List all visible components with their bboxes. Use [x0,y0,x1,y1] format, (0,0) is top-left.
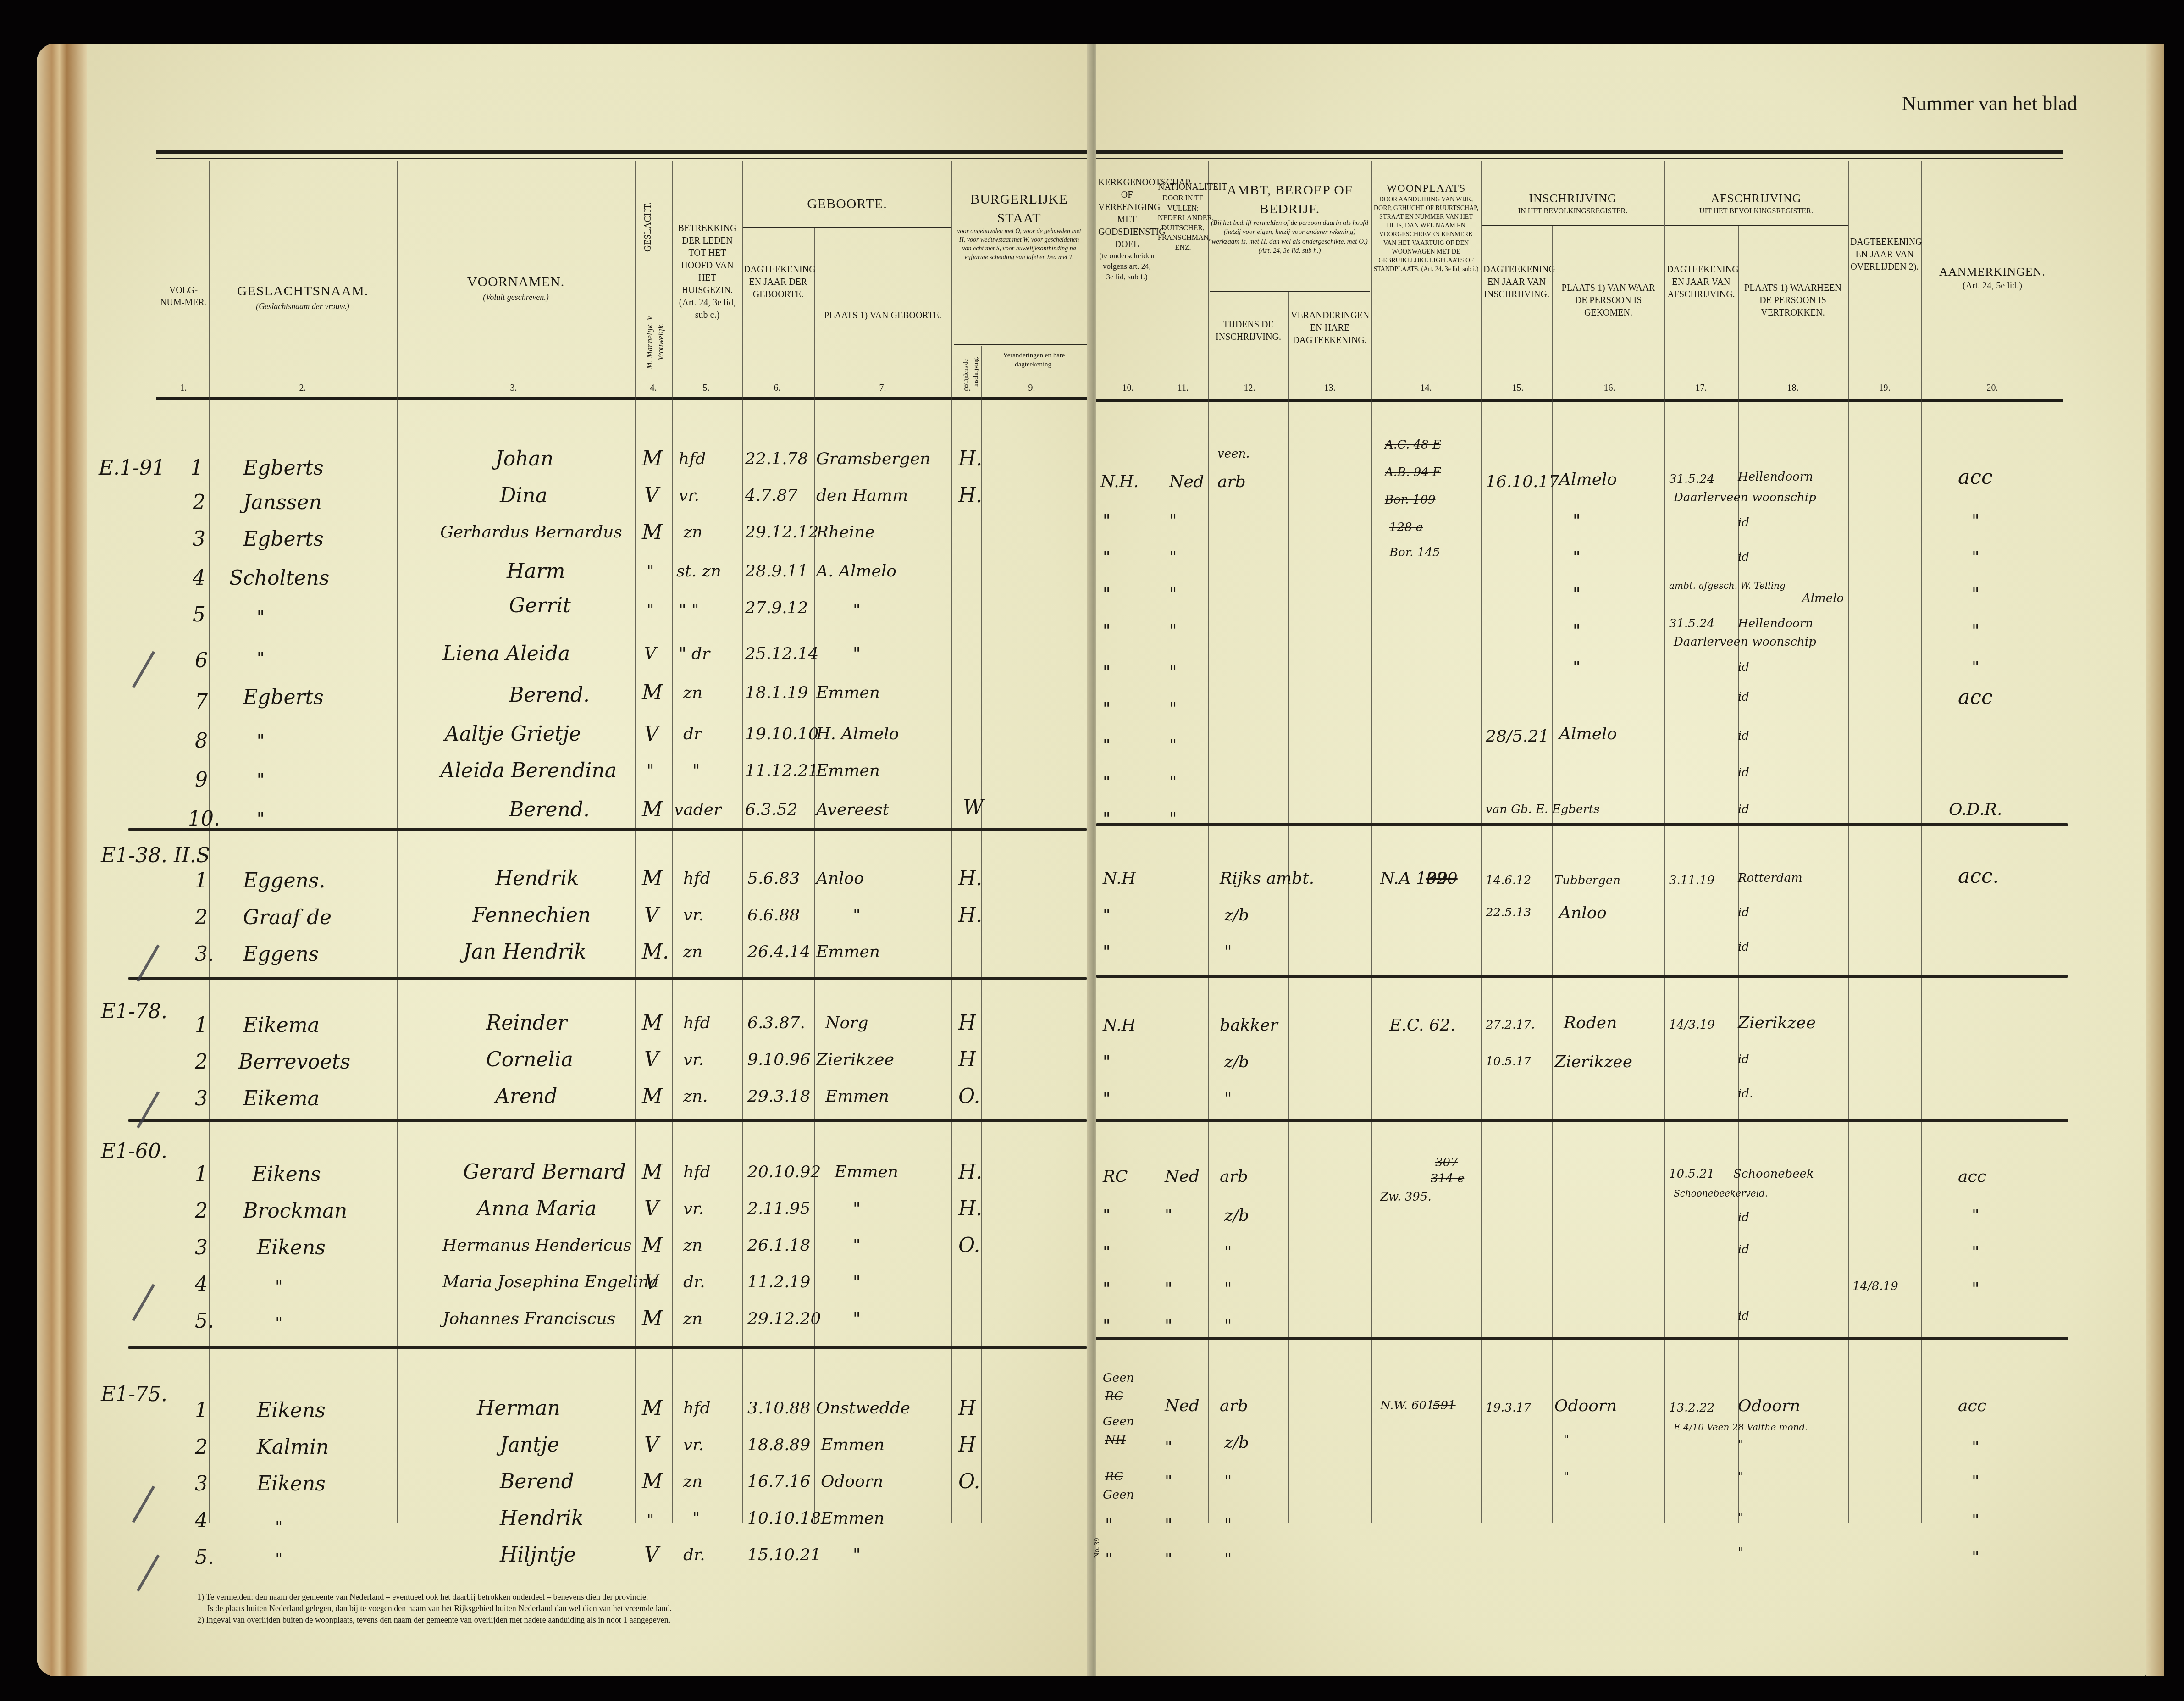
moved-to: " [1738,1438,1743,1452]
relation: vr. [683,906,704,925]
birth-date: 26.1.18 [747,1236,810,1255]
occupation: z/b [1224,1053,1249,1071]
birthplace: " [853,644,861,663]
row-number: 10. [188,807,220,831]
pencil-tick-mark [137,1555,160,1592]
remarks: " [1972,1438,1979,1457]
relation: vader [674,800,721,819]
moved-to: id [1738,906,1749,920]
colnum-5: 5. [697,383,715,393]
birthplace: Emmen [825,1087,889,1106]
sex: M [642,867,663,890]
nationality: " [1165,1316,1172,1335]
right-page: Nummer van het blad KERKGENOOTSCHAP OF V… [1096,44,2155,1676]
colnum-9: 9. [1023,383,1041,393]
birth-date: 27.9.12 [745,598,808,617]
household-separator [128,1346,1087,1349]
relation: zn [683,523,702,542]
moved-to: Schoonebeek [1733,1167,1814,1181]
sex: M. [642,940,669,964]
birth-date: 3.10.88 [747,1399,810,1418]
given-names: Hendrik [500,1507,584,1530]
came-from: " [1564,1470,1569,1484]
church: " [1103,548,1111,567]
civil-status: H. [958,1197,982,1220]
church: Geen [1103,1488,1134,1502]
nationality: " [1169,773,1177,792]
came-from: Roden [1564,1014,1617,1032]
church: Geen [1103,1415,1134,1429]
registration-date: 22.5.13 [1486,906,1531,920]
header-geboorteplaats: PLAATS 1) VAN GEBOORTE. [816,310,949,322]
moved-to-detail: Daarlerveen woonschip [1674,491,1816,504]
relation: zn [683,1472,702,1491]
birth-date: 29.12.20 [747,1309,821,1328]
birth-date: 26.4.14 [747,942,810,961]
remarks: " [1972,548,1979,567]
relation: " dr [679,644,710,663]
moved-to: Zierikzee [1738,1014,1816,1032]
church: " [1103,511,1111,530]
moved-to: id [1738,803,1749,816]
moved-to: Almelo [1802,592,1844,605]
moved-to-detail: Daarlerveen woonschip [1674,635,1816,649]
remarks: " [1972,1511,1979,1530]
birth-date: 15.10.21 [747,1546,821,1564]
sex: V [644,1197,659,1220]
nationality: " [1165,1550,1172,1569]
nationality: Ned [1165,1167,1200,1186]
residence: Bor. 145 [1389,546,1440,560]
pencil-tick-mark [132,651,155,688]
registration-date: 28/5.21 [1486,727,1549,746]
pencil-tick-mark [132,1284,155,1321]
moved-to: Rotterdam [1738,871,1802,885]
birthplace: " [853,601,861,620]
household-separator [128,828,1087,831]
occupation: " [1224,942,1232,961]
moved-to: id [1738,1309,1749,1323]
header-afschrijving-group: AFSCHRIJVING UIT HET BEVOLKINGSREGISTER. [1667,190,1846,216]
occupation: bakker [1220,1016,1278,1035]
birthplace: Anloo [816,869,864,888]
col-divider [1552,225,1553,1523]
remarks: " [1972,621,1979,640]
sex: M [642,447,663,471]
header-overlijden: DAGTEEKENING EN JAAR VAN OVERLIJDEN 2). [1850,236,1919,273]
registration-date: 16.10.17 [1486,472,1559,491]
page-edges [2146,44,2164,1676]
col-divider [1664,161,1665,1523]
row-number: 3. [195,942,214,966]
birthplace: " [853,1273,861,1291]
sex: M [642,1396,663,1420]
civil-status: O. [958,1234,980,1257]
civil-status: O. [958,1085,980,1108]
deregistration-date: 31.5.24 [1669,472,1714,486]
row-number: 3 [195,1472,208,1496]
row-number: 1 [195,1014,208,1037]
header-inschrijving-plaats: PLAATS 1) VAN WAAR DE PERSOON IS GEKOMEN… [1554,282,1662,319]
header-voornamen: VOORNAMEN. (Voluit geschreven.) [399,273,633,303]
given-names: Hiljntje [500,1543,576,1567]
sex: M [642,1085,663,1108]
church: " [1103,773,1111,792]
residence-struck: A.B. 94 F [1385,465,1441,479]
colnum-16: 16. [1598,383,1621,393]
moved-to: id [1738,1211,1749,1224]
surname: " [257,809,265,828]
margin-number: No. 39 [1092,1529,1102,1566]
row-number: 2 [195,1050,208,1074]
given-names: Fennechien [472,903,591,927]
given-names: Maria Josephina Engelina [442,1273,658,1291]
colnum-4: 4. [644,383,663,393]
surname: Kalmin [257,1435,329,1459]
relation: hfd [683,1399,711,1418]
church: " [1103,942,1111,961]
group-rule [1665,225,1848,226]
remarks: " [1972,585,1979,604]
top-rule [156,150,1087,154]
household-separator [1096,1337,2068,1340]
birthplace: Odoorn [821,1472,883,1491]
given-names: Gerrit [509,594,571,617]
residence: N.W. 601. [1380,1399,1438,1413]
deregistration-date: 13.2.22 [1669,1401,1714,1415]
pencil-tick-mark [132,1486,155,1523]
top-rule-thin [156,158,1087,159]
nationality: " [1169,663,1177,682]
birth-date: 16.7.16 [747,1472,810,1491]
birth-date: 19.10.10 [745,725,818,743]
household-ref: E.1-91 [99,456,165,480]
row-number: 3 [195,1236,208,1259]
came-from: " [1573,511,1581,530]
col-divider [635,161,636,1523]
church: N.H [1103,869,1136,888]
church: " [1103,809,1111,828]
remarks: " [1972,658,1979,677]
header-veranderingen-beroep: VERANDERINGEN EN HARE DAGTEEKENING. [1291,310,1369,347]
remarks: " [1972,1472,1979,1491]
church: N.H. [1100,472,1139,491]
birth-date: 9.10.96 [747,1050,810,1069]
church: " [1103,663,1111,682]
sex: M [642,1160,663,1184]
row-number: 7 [195,690,208,714]
header-volgnummer: VOLG-NUM-MER. [158,284,209,309]
open-register-book: VOLG-NUM-MER. GESLACHTSNAAM. (Geslachtsn… [37,44,2146,1676]
birth-date: 25.12.14 [745,644,818,663]
sex: V [644,644,656,663]
surname: Brockman [243,1199,347,1223]
birth-date: 6.6.88 [747,906,800,925]
colnum-14: 14. [1415,383,1438,393]
sex: " [647,761,654,780]
row-number: 1 [195,869,208,892]
registration-date: 10.5.17 [1486,1055,1531,1069]
sex: V [644,1048,659,1071]
surname: " [275,1277,283,1296]
moved-to: id. [1738,1087,1753,1101]
group-rule [1210,291,1370,292]
colnum-1: 1. [174,383,193,393]
residence-struck: Bor. 109 [1385,493,1436,507]
birthplace: Emmen [816,683,880,702]
colnum-6: 6. [768,383,786,393]
church: Geen [1103,1371,1134,1385]
sex: M [642,521,663,544]
church: " [1103,1316,1111,1335]
came-from: Almelo [1559,470,1617,489]
given-names: Berend [500,1470,574,1493]
relation: hfd [683,1163,711,1181]
church: " [1103,621,1111,640]
birth-date: 2.11.95 [747,1199,810,1218]
relation: " [692,761,700,780]
moved-to: Odoorn [1738,1396,1800,1415]
moved-to: id [1738,729,1749,743]
header-veranderingen: Veranderingen en hare dagteekening. [984,351,1084,370]
relation: hfd [679,449,706,468]
registration-date: 19.3.17 [1486,1401,1531,1415]
relation: zn [683,1309,702,1328]
header-inschrijving-datum: DAGTEEKENING EN JAAR VAN INSCHRIJVING. [1483,264,1550,301]
deregistration-date: 3.11.19 [1669,874,1714,887]
given-names: Johannes Franciscus [442,1309,615,1328]
birthplace: Emmen [821,1509,885,1528]
remarks: O.D.R. [1949,800,2002,819]
col-divider [1371,161,1372,1523]
given-names: Jan Hendrik [463,940,586,964]
moved-to: " [1738,1470,1743,1484]
header-betrekking: BETREKKING DER LEDEN TOT HET HOOFD VAN H… [674,222,741,321]
birth-date: 6.3.87. [747,1014,805,1032]
header-bottom-rule [1096,399,2063,402]
relation: zn [683,1236,702,1255]
row-number: 4 [195,1509,208,1532]
residence: Zw. 395. [1380,1190,1432,1204]
deregistration-date: 10.5.21 [1669,1167,1714,1181]
remarks: acc [1958,1396,1986,1415]
birth-date: 10.10.18 [747,1509,821,1528]
birthplace: den Hamm [816,486,908,505]
group-rule [1482,225,1664,226]
colnum-15: 15. [1506,383,1529,393]
civil-status: H. [958,484,982,507]
sex: " [647,562,654,581]
col-divider [742,161,743,1523]
colnum-2: 2. [293,383,312,393]
col-divider [397,161,398,1523]
colnum-20: 20. [1981,383,2004,393]
given-names: Hermanus Hendericus [442,1236,632,1255]
remarks: " [1972,1206,1979,1225]
household-ref: E1-38. II.S [101,844,210,867]
given-names: Liena Aleida [442,642,570,665]
birthplace: Onstwedde [816,1399,910,1418]
header-geboortedatum: DAGTEEKENING EN JAAR DER GEBOORTE. [744,264,813,301]
household-separator [128,977,1087,980]
given-names: Gerard Bernard [463,1160,626,1184]
surname: " [257,731,265,750]
row-number: 2 [193,491,205,514]
residence-struck: 314 e [1431,1172,1464,1186]
header-afschrijving-plaats: PLAATS 1) WAARHEEN DE PERSOON IS VERTROK… [1740,282,1846,319]
nationality: " [1165,1206,1172,1225]
top-rule-thin [1096,158,2063,159]
relation: zn [683,683,702,702]
footnote-1: 1) Te vermelden: den naam der gemeente v… [197,1591,672,1603]
residence-struck: 591 [1433,1399,1456,1413]
row-number: 8 [195,729,208,753]
given-names: Dina [500,484,547,507]
birth-date: 11.2.19 [747,1273,810,1291]
moved-to-detail: Schoonebeekerveld. [1674,1188,1768,1199]
deregistration-date: ambt. afgesch. W. Telling [1669,580,1786,591]
relation: hfd [683,869,711,888]
header-geslacht: GESLACHT. [642,181,654,273]
moved-to: id [1738,1243,1749,1257]
given-names: Arend [495,1085,557,1108]
sex: " [647,1511,654,1530]
birth-date: 18.1.19 [745,683,808,702]
relation: dr [683,725,702,743]
birthplace: " [853,1199,861,1218]
sex: M [642,681,663,704]
relation: vr. [683,1435,704,1454]
came-from: " [1573,585,1581,604]
header-tijdens-inschrijving: TIJDENS DE INSCHRIJVING. [1211,319,1286,344]
occupation: " [1224,1316,1232,1335]
moved-to: id [1738,1053,1749,1066]
colnum-18: 18. [1781,383,1804,393]
sex: M [642,1011,663,1035]
header-geboorte-group: GEBOORTE. [745,195,949,214]
residence-struck: A.C. 48 E [1385,438,1441,452]
relation: zn. [683,1087,708,1106]
given-names: Johan [495,447,553,471]
occupation: z/b [1224,1206,1249,1225]
nationality: " [1165,1516,1172,1535]
row-number: 5. [195,1309,214,1333]
moved-to: Hellendoorn [1738,470,1813,484]
pencil-tick-mark [137,1092,160,1129]
birthplace: Rheine [816,523,875,542]
household-separator [1096,1119,2068,1122]
remarks: " [1972,511,1979,530]
household-separator [1096,975,2068,978]
surname: Egberts [243,527,324,551]
birthplace: Emmen [835,1163,898,1181]
occupation: arb [1220,1167,1248,1186]
col-divider [1156,161,1156,1523]
residence-struck: 307 [1435,1156,1458,1169]
given-names: Hendrik [495,867,579,890]
church-struck: NH [1105,1433,1126,1447]
remarks: " [1972,1548,1979,1567]
civil-status: H. [958,867,982,890]
relation: vr. [679,486,699,505]
surname: Eikens [252,1163,321,1186]
moved-to: id [1738,550,1749,564]
group-rule [954,344,1087,345]
came-from: " [1573,621,1581,640]
birth-date: 18.8.89 [747,1435,810,1454]
colnum-17: 17. [1690,383,1713,393]
remarks: acc [1958,465,1993,489]
relation: vr. [683,1050,704,1069]
colnum-10: 10. [1117,383,1139,393]
relation: zn [683,942,702,961]
civil-status: H [958,1396,976,1420]
nationality: " [1165,1280,1172,1298]
row-number: 4 [193,566,205,590]
birth-date: 29.3.18 [747,1087,810,1106]
row-number: 3 [195,1087,208,1110]
surname: Eikens [257,1236,326,1259]
given-names: Harm [507,560,565,583]
colnum-3: 3. [504,383,523,393]
came-from: " [1573,658,1581,677]
birthplace: " [853,1546,861,1564]
remarks: acc [1958,686,1993,709]
birthplace: " [853,1236,861,1255]
church: " [1105,1516,1113,1535]
row-number: 4 [195,1273,208,1296]
footnote-2: 2) Ingeval van overlijden buiten de woon… [197,1614,672,1626]
surname: Eikens [257,1399,326,1422]
registration-date: 14.6.12 [1486,874,1531,887]
pencil-tick-mark [137,945,160,982]
household-separator [1096,823,2068,826]
surname: " [257,608,265,626]
relation: " [692,1509,700,1528]
moved-to-detail: E 4/10 Veen 28 Valthe mond. [1674,1422,1808,1433]
occupation: " [1224,1243,1232,1262]
colnum-13: 13. [1318,383,1341,393]
sex: " [647,601,654,620]
colnum-19: 19. [1873,383,1896,393]
birthplace: " [853,1309,861,1328]
church: " [1103,1206,1111,1225]
row-number: 1 [195,1163,208,1186]
moved-to: " [1738,1546,1743,1559]
sex: V [644,1433,659,1457]
came-from: Odoorn [1554,1396,1617,1415]
came-from: " [1573,548,1581,567]
relation: st. zn [676,562,721,581]
church: N.H [1103,1016,1136,1035]
given-names: Aleida Berendina [440,759,617,782]
deregistration-date: 31.5.24 [1669,617,1714,631]
remarks: acc [1958,1167,1986,1186]
remarks: " [1972,1243,1979,1262]
col-divider [1848,161,1849,1523]
row-number: 5. [195,1546,214,1569]
relation: dr. [683,1546,705,1564]
given-names: Reinder [486,1011,567,1035]
residence: E.C. 62. [1389,1016,1455,1035]
moved-to: id [1738,516,1749,530]
birthplace: Emmen [821,1435,885,1454]
left-page: VOLG-NUM-MER. GESLACHTSNAAM. (Geslachtsn… [37,44,1091,1676]
sex: V [644,1543,659,1567]
col-divider [951,161,952,1523]
given-names: Herman [477,1396,560,1420]
civil-status: H. [958,1160,982,1184]
